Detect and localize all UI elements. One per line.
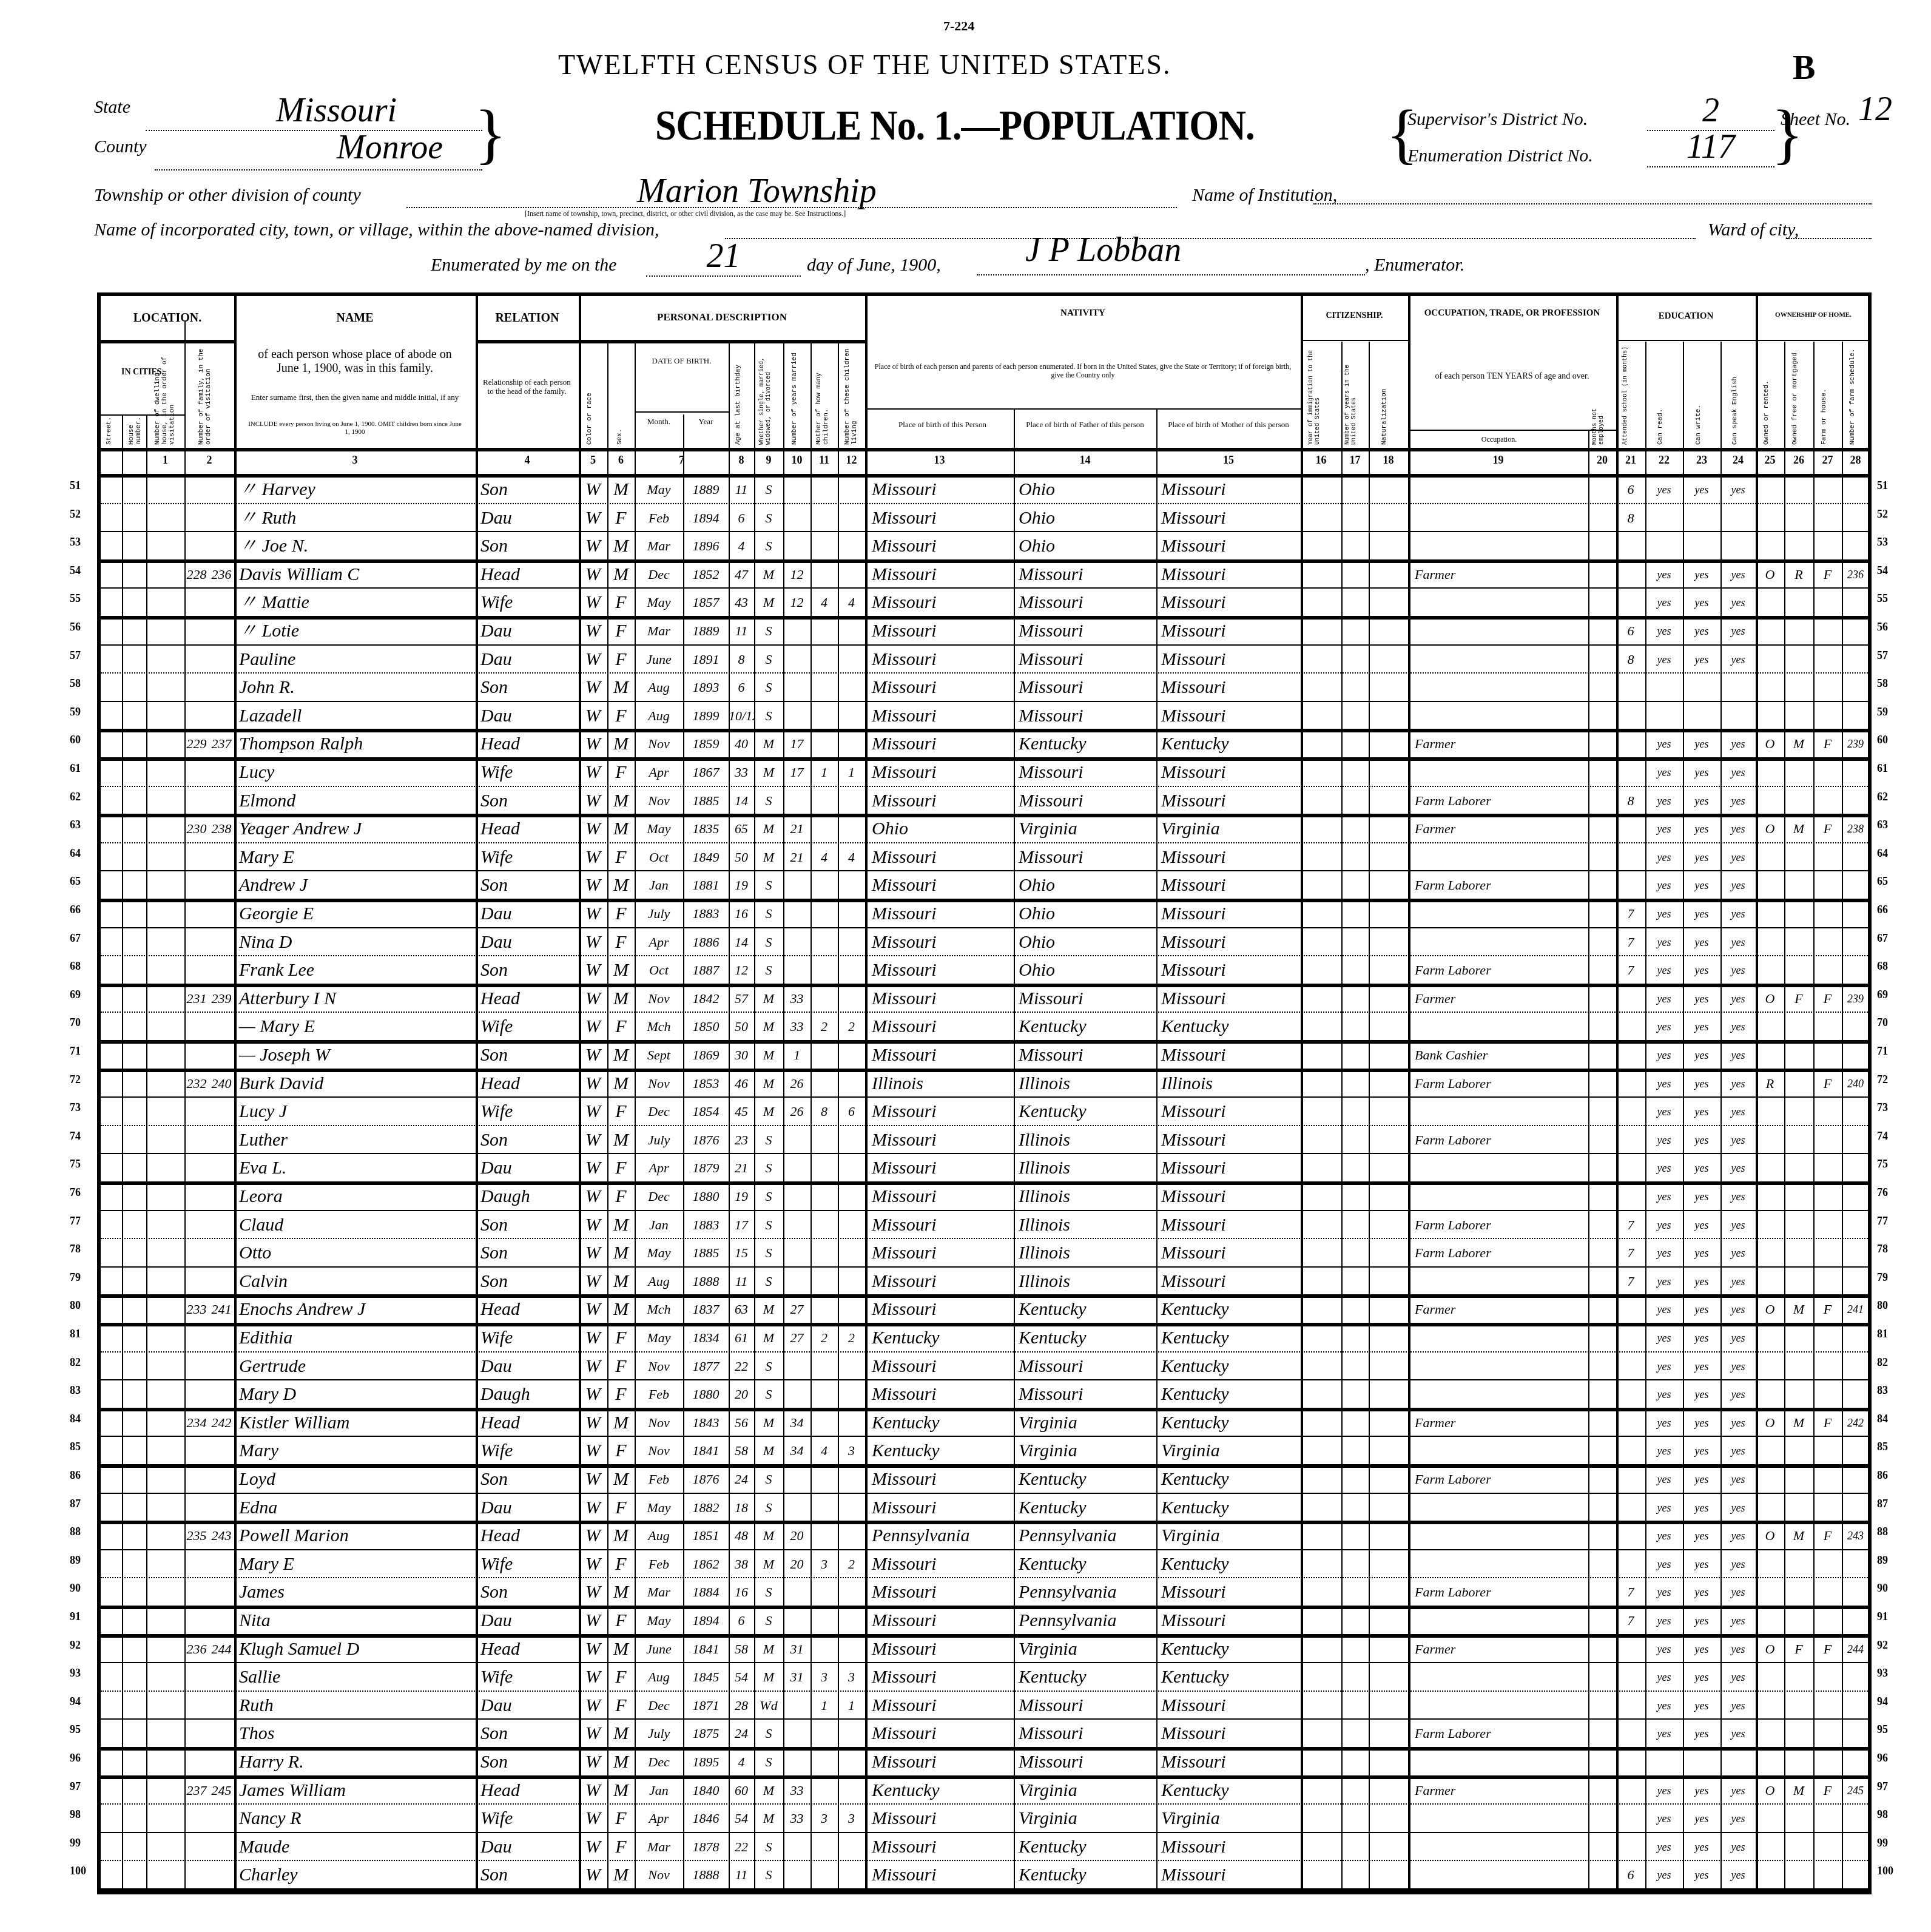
mother-of-children-cell	[810, 1380, 838, 1409]
line-number: 61	[1877, 762, 1888, 775]
years-married-cell	[783, 1748, 810, 1777]
birth-year-cell: 1850	[683, 1013, 729, 1041]
farm-schedule-number-cell	[1842, 1607, 1869, 1635]
person-name-cell: Klugh Samuel D	[235, 1635, 476, 1664]
owned-free-mortgaged-cell	[1784, 1211, 1813, 1240]
owned-free-mortgaged-cell: M	[1784, 1409, 1813, 1437]
table-row: John R.SonWMAug18936SMissouriMissouriMis…	[101, 674, 1868, 702]
line-number: 85	[1877, 1441, 1888, 1453]
dwelling-number-cell	[184, 1268, 209, 1296]
farm-schedule-number-cell	[1842, 1578, 1869, 1607]
line-number: 87	[1877, 1498, 1888, 1510]
can-speak-english-cell: yes	[1720, 1578, 1756, 1607]
farm-house-cell	[1813, 1041, 1842, 1070]
can-read-cell: yes	[1645, 1692, 1683, 1720]
years-married-cell	[783, 532, 810, 561]
birthplace-person-cell: Missouri	[868, 928, 1014, 957]
owned-free-mortgaged-cell	[1784, 476, 1813, 504]
farm-house-cell: F	[1813, 730, 1842, 758]
birth-month-cell: Feb	[635, 1380, 683, 1409]
years-married-cell	[783, 1126, 810, 1155]
dwelling-number-cell: 229	[184, 730, 209, 758]
birth-month-cell: Aug	[635, 674, 683, 702]
birthplace-father-cell: Illinois	[1015, 1268, 1156, 1296]
person-name-cell: Leora	[235, 1183, 476, 1211]
family-number-cell	[209, 1861, 234, 1890]
farm-schedule-number-cell	[1842, 843, 1869, 872]
birthplace-person-cell: Ohio	[868, 815, 1014, 843]
color-race-cell: W	[579, 871, 607, 900]
can-read-cell: yes	[1645, 1720, 1683, 1748]
line-number: 97	[1877, 1780, 1888, 1793]
table-row: 〃 HarveySonWMMay188911SMissouriOhioMisso…	[101, 476, 1868, 504]
birthplace-person-cell: Missouri	[868, 1861, 1014, 1890]
farm-schedule-number-cell: 239	[1842, 985, 1869, 1013]
birthplace-mother-cell: Missouri	[1158, 928, 1301, 957]
birthplace-mother-cell: Virginia	[1158, 815, 1301, 843]
person-name-cell: Kistler William	[235, 1409, 476, 1437]
mother-of-children-cell	[810, 1748, 838, 1777]
occupation-cell	[1411, 1748, 1588, 1777]
birth-year-cell: 1878	[683, 1833, 729, 1862]
family-number-cell	[209, 871, 234, 900]
occupation-cell: Farmer	[1411, 815, 1588, 843]
farm-house-cell	[1813, 532, 1842, 561]
column-number: 16	[1301, 454, 1341, 467]
line-number: 81	[1877, 1328, 1888, 1340]
birthplace-father-cell: Kentucky	[1015, 1295, 1156, 1324]
city-label: Name of incorporated city, town, or vill…	[94, 220, 659, 240]
supervisor-field: Supervisor's District No. 2	[1407, 109, 1588, 130]
marital-status-cell: S	[754, 646, 783, 674]
person-name-cell: Andrew J	[235, 871, 476, 900]
farm-house-cell	[1813, 1353, 1842, 1381]
birthplace-mother-cell: Missouri	[1158, 956, 1301, 985]
birth-year-cell: 1889	[683, 617, 729, 646]
birthplace-father-cell: Ohio	[1015, 532, 1156, 561]
attended-school-cell	[1616, 1494, 1645, 1522]
birth-month-cell: July	[635, 1126, 683, 1155]
birth-month-cell: Feb	[635, 1550, 683, 1579]
farm-schedule-number-cell	[1842, 1183, 1869, 1211]
farm-house-cell	[1813, 504, 1842, 533]
family-number-cell: 241	[209, 1295, 234, 1324]
owned-rented-cell	[1756, 843, 1784, 872]
marital-status-cell: S	[754, 1183, 783, 1211]
farm-schedule-number-cell: 242	[1842, 1409, 1869, 1437]
person-name-cell: — Mary E	[235, 1013, 476, 1041]
age-cell: 14	[729, 928, 754, 957]
header-education: EDUCATION	[1616, 311, 1756, 322]
marital-status-cell: M	[754, 815, 783, 843]
birth-month-cell: Mar	[635, 617, 683, 646]
farm-schedule-number-cell	[1842, 1126, 1869, 1155]
children-living-cell: 3	[838, 1437, 865, 1465]
mother-of-children-cell	[810, 674, 838, 702]
dwelling-number-cell	[184, 956, 209, 985]
can-read-cell: yes	[1645, 758, 1683, 787]
children-living-cell	[838, 1353, 865, 1381]
occupation-cell	[1411, 476, 1588, 504]
birth-year-cell: 1886	[683, 928, 729, 957]
farm-schedule-number-cell: 238	[1842, 815, 1869, 843]
owned-free-mortgaged-cell	[1784, 900, 1813, 928]
birthplace-father-cell: Kentucky	[1015, 1098, 1156, 1126]
can-write-cell: yes	[1683, 1692, 1720, 1720]
sex-cell: F	[607, 1833, 635, 1862]
can-read-cell: yes	[1645, 589, 1683, 617]
table-row: 236244Klugh Samuel DHeadWMJune184158M31M…	[101, 1635, 1868, 1664]
relation-cell: Dau	[477, 504, 579, 533]
occupation-cell: Farm Laborer	[1411, 956, 1588, 985]
line-number: 83	[1877, 1384, 1888, 1397]
can-write-cell: yes	[1683, 1353, 1720, 1381]
family-number-cell: 242	[209, 1409, 234, 1437]
birth-year-cell: 1883	[683, 1211, 729, 1240]
years-married-cell	[783, 476, 810, 504]
mother-of-children-cell	[810, 1635, 838, 1664]
can-write-cell: yes	[1683, 1324, 1720, 1353]
color-race-cell: W	[579, 561, 607, 589]
farm-schedule-number-cell	[1842, 1748, 1869, 1777]
line-number: 100	[70, 1865, 86, 1877]
can-read-cell: yes	[1645, 1239, 1683, 1268]
header-nativity: NATIVITY	[865, 308, 1301, 319]
sex-cell: F	[607, 1607, 635, 1635]
header-sex: Sex.	[616, 417, 624, 445]
birth-year-cell: 1876	[683, 1126, 729, 1155]
sex-cell: M	[607, 674, 635, 702]
birthplace-mother-cell: Illinois	[1158, 1070, 1301, 1098]
color-race-cell: W	[579, 1437, 607, 1465]
years-married-cell: 20	[783, 1550, 810, 1579]
age-cell: 6	[729, 504, 754, 533]
owned-rented-cell	[1756, 1494, 1784, 1522]
farm-house-cell	[1813, 787, 1842, 816]
children-living-cell	[838, 1494, 865, 1522]
birthplace-mother-cell: Missouri	[1158, 1578, 1301, 1607]
birthplace-person-cell: Missouri	[868, 1353, 1014, 1381]
table-row: 234242Kistler WilliamHeadWMNov184356M34K…	[101, 1409, 1868, 1437]
line-number: 72	[1877, 1073, 1888, 1086]
marital-status-cell: Wd	[754, 1692, 783, 1720]
children-living-cell: 2	[838, 1013, 865, 1041]
years-married-cell	[783, 1380, 810, 1409]
color-race-cell: W	[579, 504, 607, 533]
can-speak-english-cell: yes	[1720, 1465, 1756, 1494]
person-name-cell: John R.	[235, 674, 476, 702]
attended-school-cell	[1616, 815, 1645, 843]
sex-cell: F	[607, 1494, 635, 1522]
occupation-cell	[1411, 1805, 1588, 1833]
mother-of-children-cell	[810, 504, 838, 533]
years-married-cell: 1	[783, 1041, 810, 1070]
table-row: MaryWifeWFNov184158M3443KentuckyVirginia…	[101, 1437, 1868, 1465]
occupation-cell	[1411, 1607, 1588, 1635]
occupation-cell: Farm Laborer	[1411, 1070, 1588, 1098]
dwelling-number-cell	[184, 1748, 209, 1777]
can-read-cell: yes	[1645, 1013, 1683, 1041]
birthplace-father-cell: Kentucky	[1015, 1663, 1156, 1692]
mother-of-children-cell	[810, 1720, 838, 1748]
farm-schedule-number-cell	[1842, 1239, 1869, 1268]
farm-schedule-number-cell	[1842, 1720, 1869, 1748]
color-race-cell: W	[579, 1550, 607, 1579]
birthplace-person-cell: Kentucky	[868, 1409, 1014, 1437]
dwelling-number-cell	[184, 843, 209, 872]
family-number-cell: 243	[209, 1522, 234, 1550]
mother-of-children-cell: 1	[810, 758, 838, 787]
years-married-cell: 21	[783, 815, 810, 843]
can-read-cell: yes	[1645, 815, 1683, 843]
years-married-cell: 33	[783, 1013, 810, 1041]
marital-status-cell: S	[754, 900, 783, 928]
line-number: 55	[1877, 592, 1888, 605]
years-married-cell	[783, 1239, 810, 1268]
can-speak-english-cell: yes	[1720, 589, 1756, 617]
children-living-cell: 2	[838, 1550, 865, 1579]
relation-cell: Son	[477, 787, 579, 816]
can-speak-english-cell: yes	[1720, 1635, 1756, 1664]
children-living-cell	[838, 1154, 865, 1183]
marital-status-cell: S	[754, 702, 783, 731]
owned-rented-cell	[1756, 646, 1784, 674]
owned-rented-cell	[1756, 702, 1784, 731]
birth-month-cell: May	[635, 815, 683, 843]
owned-rented-cell	[1756, 1861, 1784, 1890]
years-married-cell	[783, 1154, 810, 1183]
line-number: 79	[1877, 1271, 1888, 1284]
header-can-speak-english: Can speak English	[1731, 363, 1739, 445]
age-cell: 16	[729, 1578, 754, 1607]
line-number: 74	[1877, 1130, 1888, 1143]
farm-schedule-number-cell	[1842, 1663, 1869, 1692]
family-number-cell	[209, 928, 234, 957]
occupation-cell	[1411, 1324, 1588, 1353]
column-number: 17	[1341, 454, 1369, 467]
birth-month-cell: Nov	[635, 1437, 683, 1465]
birth-year-cell: 1852	[683, 561, 729, 589]
person-name-cell: Sallie	[235, 1663, 476, 1692]
person-name-cell: Elmond	[235, 787, 476, 816]
owned-free-mortgaged-cell	[1784, 1437, 1813, 1465]
birthplace-person-cell: Missouri	[868, 1663, 1014, 1692]
birthplace-person-cell: Missouri	[868, 900, 1014, 928]
farm-schedule-number-cell	[1842, 1098, 1869, 1126]
birth-month-cell: Feb	[635, 504, 683, 533]
owned-rented-cell	[1756, 1663, 1784, 1692]
person-name-cell: 〃 Harvey	[235, 476, 476, 504]
occupation-cell	[1411, 1437, 1588, 1465]
owned-rented-cell	[1756, 1098, 1784, 1126]
attended-school-cell	[1616, 1409, 1645, 1437]
person-name-cell: Nita	[235, 1607, 476, 1635]
dwelling-number-cell: 230	[184, 815, 209, 843]
person-name-cell: 〃 Lotie	[235, 617, 476, 646]
person-name-cell: Nina D	[235, 928, 476, 957]
relation-cell: Wife	[477, 1663, 579, 1692]
dwelling-number-cell	[184, 758, 209, 787]
dwelling-number-cell: 236	[184, 1635, 209, 1664]
farm-schedule-number-cell	[1842, 617, 1869, 646]
can-write-cell	[1683, 702, 1720, 731]
farm-house-cell	[1813, 1324, 1842, 1353]
mother-of-children-cell	[810, 561, 838, 589]
family-number-cell	[209, 1324, 234, 1353]
children-living-cell: 3	[838, 1805, 865, 1833]
can-write-cell: yes	[1683, 1013, 1720, 1041]
table-row: 〃 LotieDauWFMar188911SMissouriMissouriMi…	[101, 617, 1868, 646]
table-row: LoydSonWMFeb187624SMissouriKentuckyKentu…	[101, 1465, 1868, 1494]
children-living-cell	[838, 787, 865, 816]
can-speak-english-cell: yes	[1720, 1295, 1756, 1324]
marital-status-cell: M	[754, 1324, 783, 1353]
can-read-cell: yes	[1645, 956, 1683, 985]
farm-house-cell	[1813, 843, 1842, 872]
sex-cell: F	[607, 589, 635, 617]
can-read-cell: yes	[1645, 1663, 1683, 1692]
relation-cell: Son	[477, 1720, 579, 1748]
age-cell: 4	[729, 532, 754, 561]
table-row: SallieWifeWFAug184554M3133MissouriKentuc…	[101, 1663, 1868, 1692]
attended-school-cell: 8	[1616, 787, 1645, 816]
family-number-cell	[209, 1239, 234, 1268]
farm-schedule-number-cell	[1842, 1692, 1869, 1720]
enumeration-value: 117	[1647, 127, 1774, 167]
family-number-cell	[209, 1465, 234, 1494]
can-write-cell: yes	[1683, 1268, 1720, 1296]
children-living-cell	[838, 476, 865, 504]
color-race-cell: W	[579, 900, 607, 928]
age-cell: 10/12	[729, 702, 754, 731]
column-number: 10	[783, 454, 810, 467]
owned-rented-cell	[1756, 504, 1784, 533]
marital-status-cell: M	[754, 1295, 783, 1324]
sex-cell: M	[607, 1295, 635, 1324]
color-race-cell: W	[579, 476, 607, 504]
birthplace-person-cell: Missouri	[868, 1295, 1014, 1324]
birthplace-mother-cell: Missouri	[1158, 871, 1301, 900]
marital-status-cell: M	[754, 589, 783, 617]
farm-schedule-number-cell	[1842, 476, 1869, 504]
age-cell: 12	[729, 956, 754, 985]
birth-year-cell: 1859	[683, 730, 729, 758]
can-read-cell: yes	[1645, 1550, 1683, 1579]
age-cell: 47	[729, 561, 754, 589]
family-number-cell	[209, 1748, 234, 1777]
dwelling-number-cell	[184, 1324, 209, 1353]
line-number: 57	[70, 649, 81, 662]
mother-of-children-cell	[810, 1522, 838, 1550]
owned-rented-cell	[1756, 928, 1784, 957]
marital-status-cell: S	[754, 928, 783, 957]
can-speak-english-cell: yes	[1720, 561, 1756, 589]
line-number: 60	[1877, 734, 1888, 746]
table-row: Eva L.DauWFApr187921SMissouriIllinoisMis…	[101, 1154, 1868, 1183]
family-number-cell	[209, 646, 234, 674]
owned-free-mortgaged-cell	[1784, 843, 1813, 872]
can-read-cell: yes	[1645, 1041, 1683, 1070]
birthplace-mother-cell: Missouri	[1158, 1720, 1301, 1748]
table-row: 229237Thompson RalphHeadWMNov185940M17Mi…	[101, 730, 1868, 758]
marital-status-cell: M	[754, 1041, 783, 1070]
table-row: EdnaDauWFMay188218SMissouriKentuckyKentu…	[101, 1494, 1868, 1522]
can-write-cell: yes	[1683, 1183, 1720, 1211]
birth-month-cell: Jan	[635, 1211, 683, 1240]
relation-cell: Daugh	[477, 1380, 579, 1409]
table-row: LeoraDaughWFDec188019SMissouriIllinoisMi…	[101, 1183, 1868, 1211]
attended-school-cell: 6	[1616, 1861, 1645, 1890]
can-speak-english-cell: yes	[1720, 1268, 1756, 1296]
attended-school-cell	[1616, 561, 1645, 589]
birthplace-person-cell: Missouri	[868, 787, 1014, 816]
line-number: 67	[70, 932, 81, 945]
can-write-cell: yes	[1683, 843, 1720, 872]
marital-status-cell: M	[754, 1550, 783, 1579]
owned-rented-cell	[1756, 1550, 1784, 1579]
color-race-cell: W	[579, 815, 607, 843]
farm-house-cell	[1813, 1607, 1842, 1635]
farm-schedule-number-cell	[1842, 956, 1869, 985]
farm-house-cell	[1813, 1154, 1842, 1183]
dwelling-number-cell	[184, 1380, 209, 1409]
birthplace-mother-cell: Missouri	[1158, 985, 1301, 1013]
mother-of-children-cell	[810, 1239, 838, 1268]
birthplace-person-cell: Missouri	[868, 1380, 1014, 1409]
years-married-cell: 31	[783, 1635, 810, 1664]
birthplace-father-cell: Virginia	[1015, 1805, 1156, 1833]
header-dwelling: Number of dwelling-house, in the order o…	[154, 345, 176, 445]
birthplace-mother-cell: Virginia	[1158, 1522, 1301, 1550]
sex-cell: F	[607, 702, 635, 731]
birthplace-mother-cell: Missouri	[1158, 1833, 1301, 1862]
header-can-write: Can write.	[1695, 393, 1702, 445]
farm-house-cell: F	[1813, 1635, 1842, 1664]
farm-house-cell	[1813, 674, 1842, 702]
header-owned-rented: Owned or rented.	[1763, 363, 1770, 445]
line-number: 71	[1877, 1045, 1888, 1058]
birthplace-father-cell: Missouri	[1015, 1380, 1156, 1409]
can-speak-english-cell: yes	[1720, 1098, 1756, 1126]
can-speak-english-cell: yes	[1720, 1353, 1756, 1381]
farm-schedule-number-cell	[1842, 1154, 1869, 1183]
attended-school-cell	[1616, 730, 1645, 758]
marital-status-cell: S	[754, 1268, 783, 1296]
age-cell: 30	[729, 1041, 754, 1070]
relation-cell: Head	[477, 1409, 579, 1437]
sex-cell: F	[607, 1663, 635, 1692]
person-name-cell: Lucy	[235, 758, 476, 787]
owned-rented-cell: O	[1756, 1635, 1784, 1664]
owned-free-mortgaged-cell	[1784, 1550, 1813, 1579]
birthplace-mother-cell: Missouri	[1158, 561, 1301, 589]
mother-of-children-cell	[810, 1777, 838, 1805]
age-cell: 33	[729, 758, 754, 787]
line-number: 98	[70, 1808, 81, 1821]
birth-month-cell: Mar	[635, 1833, 683, 1862]
header-date-of-birth: DATE OF BIRTH.	[635, 357, 729, 366]
attended-school-cell	[1616, 1295, 1645, 1324]
color-race-cell: W	[579, 1663, 607, 1692]
enumeration-label: Enumeration District No.	[1407, 146, 1593, 166]
can-speak-english-cell	[1720, 674, 1756, 702]
birthplace-person-cell: Missouri	[868, 843, 1014, 872]
can-speak-english-cell	[1720, 702, 1756, 731]
birthplace-person-cell: Missouri	[868, 1239, 1014, 1268]
farm-house-cell	[1813, 617, 1842, 646]
header-farm-house: Farm or house.	[1821, 369, 1828, 445]
color-race-cell: W	[579, 1126, 607, 1155]
